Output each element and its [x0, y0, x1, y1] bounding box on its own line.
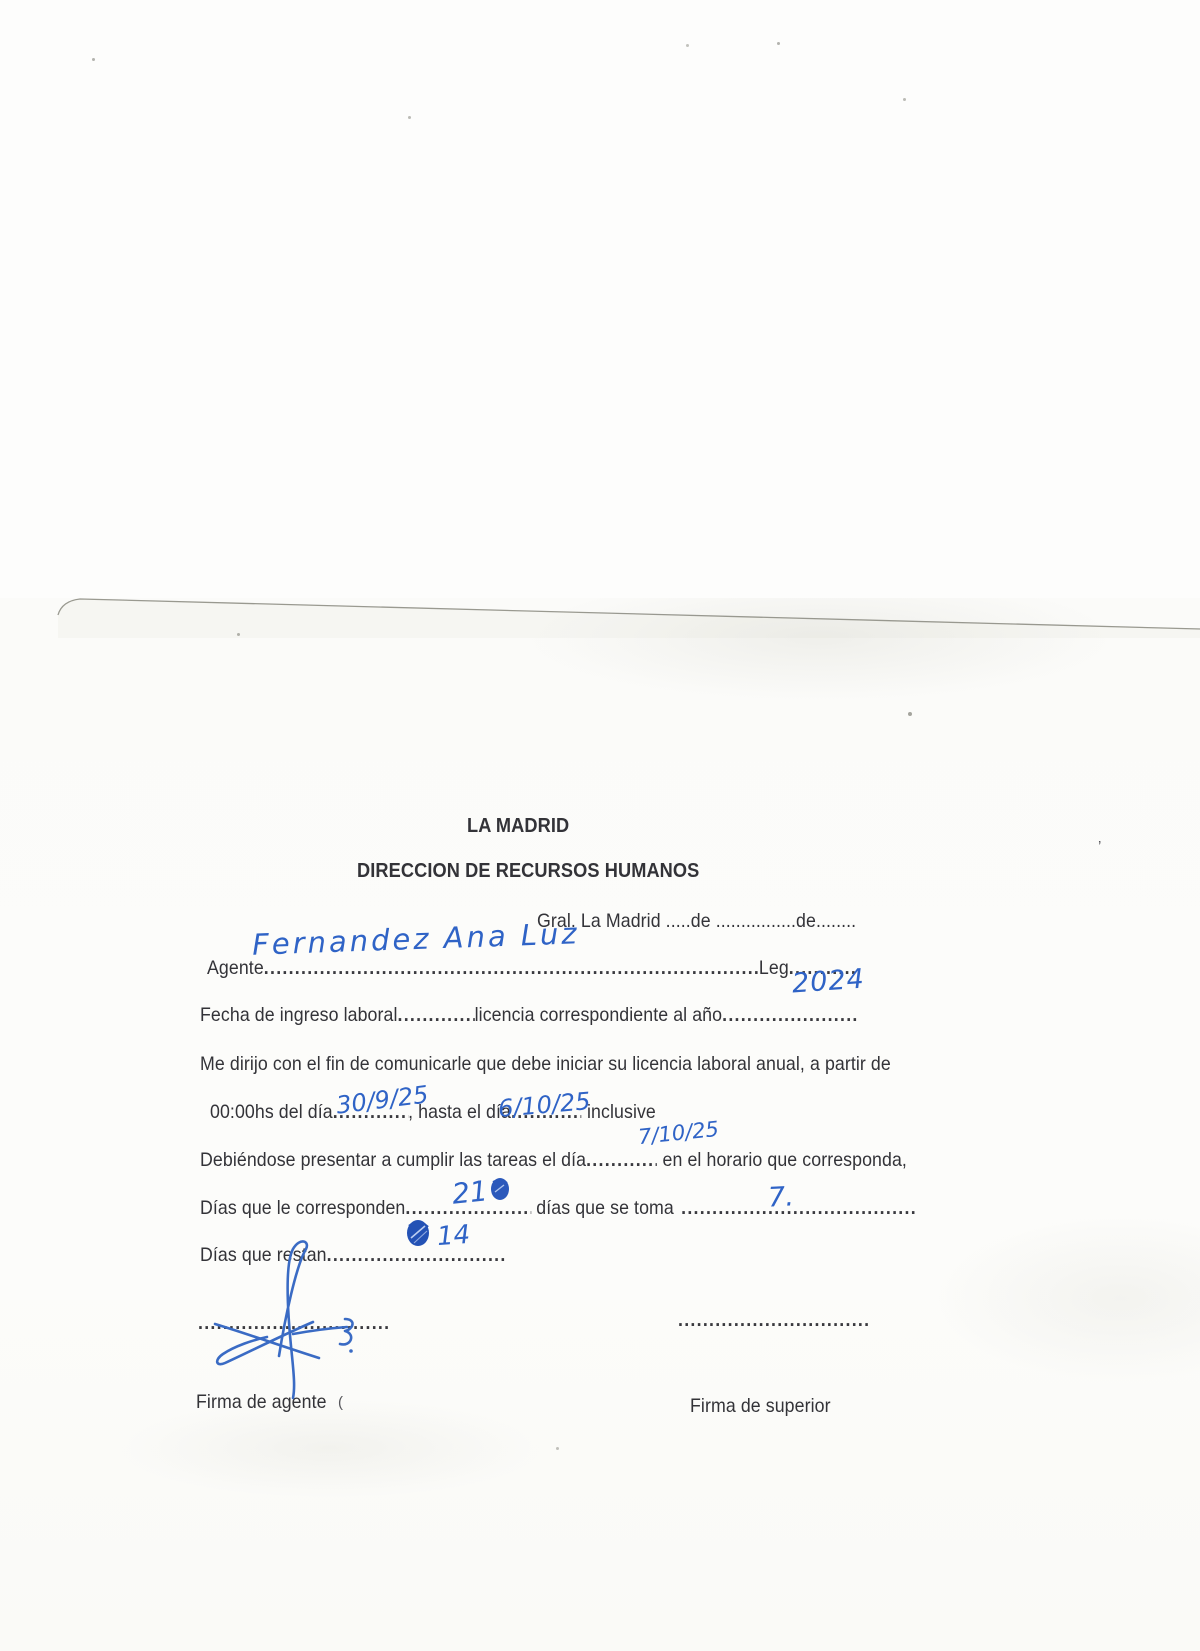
body-sentence: Me dirijo con el fin de comunicarle que …: [200, 1053, 891, 1076]
document-subtitle: DIRECCION DE RECURSOS HUMANOS: [357, 860, 699, 883]
horario-label: en el horario que corresponda,: [657, 1149, 907, 1172]
handwritten-days-taken: 7.: [767, 1181, 794, 1213]
scan-mark-apostrophe: ’: [1098, 838, 1101, 855]
handwritten-days-remaining: 14: [436, 1220, 471, 1252]
scan-speck: [408, 116, 411, 119]
dotted-leader: ..............: [398, 1004, 475, 1027]
scan-speck: [908, 712, 912, 716]
signature: [193, 1236, 373, 1401]
dotted-leader: ..........................: [722, 1004, 859, 1027]
leg-label: Leg: [759, 957, 789, 980]
form-line-tareas: Debiéndose presentar a cumplir las tarea…: [200, 1149, 939, 1172]
fecha-label: Fecha de ingreso laboral: [200, 1004, 398, 1027]
tareas-label: Debiéndose presentar a cumplir las tarea…: [200, 1149, 586, 1172]
scan-speck: [777, 42, 780, 45]
scan-speck: [686, 44, 689, 47]
firma-superior-label: Firma de superior: [690, 1395, 831, 1418]
licencia-label: licencia correspondiente al año: [475, 1004, 722, 1027]
scan-speck: [92, 58, 95, 61]
dotted-leader: ...............: [586, 1149, 657, 1172]
corresponden-label: Días que le corresponden: [200, 1197, 405, 1220]
handwritten-days-entitled: 21: [450, 1174, 489, 1211]
dotted-leader: ........................................…: [681, 1197, 915, 1220]
handwritten-year: 2024: [791, 964, 866, 1000]
dateline: Gral. La Madrid .....de ................…: [537, 910, 856, 933]
hora-label: 00:00hs del día: [210, 1101, 333, 1124]
ink-blot-icon: [489, 1176, 511, 1202]
document-title: LA MADRID: [467, 815, 569, 838]
scan-speck: [556, 1447, 559, 1450]
paper-sheet: [0, 598, 1200, 1651]
toma-label: días que se toma: [531, 1197, 674, 1220]
form-line-agente: Agente..................................…: [207, 957, 855, 980]
signature-line-superior: ........................................…: [678, 1309, 869, 1332]
form-line-corresponden: Días que le corresponden................…: [200, 1197, 915, 1220]
scanned-document: ’ ( LA MADRID DIRECCION DE RECURSOS HUMA…: [0, 0, 1200, 1651]
ink-blot-icon: [405, 1218, 433, 1248]
dotted-leader: ........................................…: [264, 957, 759, 980]
scan-speck: [237, 633, 240, 636]
inclusive-label: inclusive: [582, 1101, 656, 1124]
form-line-fecha: Fecha de ingreso laboral..............li…: [200, 1004, 859, 1027]
scan-speck: [903, 98, 906, 101]
